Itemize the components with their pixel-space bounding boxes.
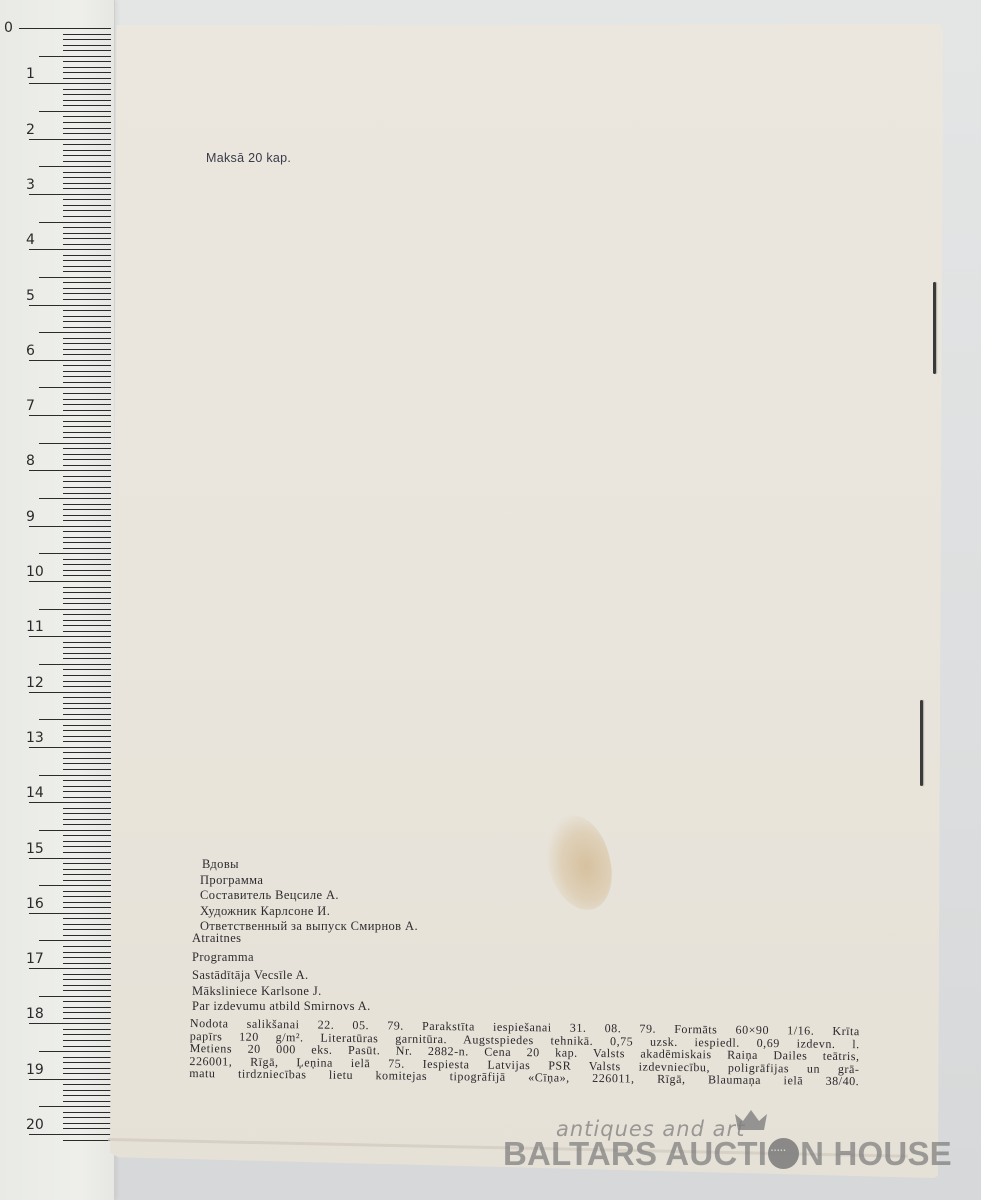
ruler-tick	[63, 432, 111, 433]
ruler-tick	[63, 946, 111, 947]
ruler-tick	[63, 841, 111, 842]
ruler-tick	[63, 1046, 111, 1047]
ruler-tick	[63, 592, 111, 593]
ruler-tick	[29, 802, 111, 803]
ruler-tick	[63, 575, 111, 576]
ruler-tick	[19, 28, 111, 29]
ruler-tick	[63, 210, 111, 211]
ruler-tick	[29, 692, 111, 693]
ruler-tick	[63, 293, 111, 294]
ruler-tick	[63, 736, 111, 737]
ruler-label: 3	[26, 178, 35, 192]
ruler-tick	[63, 990, 111, 991]
ruler-tick	[63, 1068, 111, 1069]
ruler-tick	[63, 703, 111, 704]
ruler-tick	[63, 365, 111, 366]
ruler-tick	[63, 78, 111, 79]
ruler-tick	[63, 587, 111, 588]
ruler-tick	[63, 935, 111, 936]
ruler-tick	[29, 858, 111, 859]
ruler-tick	[63, 1117, 111, 1118]
ruler-tick	[29, 747, 111, 748]
ruler-tick	[63, 260, 111, 261]
ruler-tick	[63, 758, 111, 759]
ruler-tick	[63, 1112, 111, 1113]
ruler-tick	[63, 61, 111, 62]
ruler-tick	[63, 813, 111, 814]
ruler-tick	[63, 205, 111, 206]
ruler-tick	[63, 299, 111, 300]
ruler-tick	[63, 835, 111, 836]
ruler-tick	[63, 1057, 111, 1058]
ruler-tick	[63, 316, 111, 317]
ruler-tick	[63, 105, 111, 106]
ruler-tick	[63, 741, 111, 742]
ruler-tick	[63, 371, 111, 372]
ruler-label: 19	[26, 1063, 44, 1077]
ruler-tick	[63, 786, 111, 787]
ruler-label: 16	[26, 897, 44, 911]
ruler-tick	[39, 111, 111, 112]
ruler-tick	[63, 382, 111, 383]
ruler-tick	[63, 697, 111, 698]
ruler-tick	[63, 410, 111, 411]
ruler-tick	[63, 459, 111, 460]
ruler-tick	[63, 255, 111, 256]
ruler-tick	[29, 360, 111, 361]
watermark-brand-part2: N HOUSE	[800, 1135, 952, 1172]
measuring-ruler: 01234567891011121314151617181920	[0, 0, 115, 1200]
ruler-tick	[63, 952, 111, 953]
ruler-tick	[63, 537, 111, 538]
ruler-tick	[63, 354, 111, 355]
ruler-tick	[39, 885, 111, 886]
ruler-tick	[29, 470, 111, 471]
ruler-tick	[39, 775, 111, 776]
ruler-tick	[63, 675, 111, 676]
ruler-tick	[39, 498, 111, 499]
ruler-tick	[63, 531, 111, 532]
lv-subtitle: Programma	[192, 950, 371, 966]
imprint-block: Nodota salikšanai 22. 05. 79. Parakstīta…	[189, 1017, 860, 1088]
ruler-tick	[63, 216, 111, 217]
ruler-tick	[63, 454, 111, 455]
ruler-tick	[63, 487, 111, 488]
ruler-tick	[39, 387, 111, 388]
ruler-tick	[63, 769, 111, 770]
price-stamp: Maksā 20 kap.	[206, 151, 291, 165]
ruler-label: 11	[26, 620, 44, 634]
ruler-tick	[63, 177, 111, 178]
ruler-tick	[63, 642, 111, 643]
staple-bottom-icon	[920, 700, 923, 786]
ruler-tick	[63, 100, 111, 101]
ruler-label: 10	[26, 565, 44, 579]
auction-logo-icon	[768, 1138, 799, 1169]
ruler-tick	[63, 67, 111, 68]
ruler-tick	[63, 72, 111, 73]
ru-subtitle: Программа	[200, 873, 418, 889]
ruler-label: 12	[26, 676, 44, 690]
ruler-tick	[63, 763, 111, 764]
ruler-tick	[63, 282, 111, 283]
ruler-tick	[63, 321, 111, 322]
ruler-tick	[63, 1007, 111, 1008]
ruler-tick	[63, 979, 111, 980]
ruler-tick	[63, 144, 111, 145]
ruler-tick	[63, 797, 111, 798]
ruler-tick	[29, 415, 111, 416]
ruler-tick	[39, 277, 111, 278]
ruler-tick	[29, 1079, 111, 1080]
ruler-tick	[39, 443, 111, 444]
ruler-tick	[63, 896, 111, 897]
ruler-tick	[63, 188, 111, 189]
ruler-tick	[63, 620, 111, 621]
ruler-tick	[63, 1001, 111, 1002]
ruler-tick	[63, 128, 111, 129]
ruler-tick	[63, 907, 111, 908]
ruler-tick	[63, 1101, 111, 1102]
watermark-brand-part1: BALTARS AUCTI	[503, 1135, 767, 1172]
ruler-tick	[29, 305, 111, 306]
ruler-tick	[63, 421, 111, 422]
ruler-label: 13	[26, 731, 44, 745]
ruler-tick	[63, 957, 111, 958]
ruler-tick	[63, 288, 111, 289]
ruler-tick	[63, 343, 111, 344]
latvian-credits: Atraitnes Programma Sastādītāja Vecsīle …	[192, 931, 371, 1015]
ruler-tick	[39, 664, 111, 665]
ru-title: Вдовы	[200, 857, 418, 873]
ruler-tick	[63, 625, 111, 626]
ruler-tick	[63, 647, 111, 648]
ruler-label: 9	[26, 510, 35, 524]
ruler-tick	[63, 880, 111, 881]
ruler-tick	[63, 1090, 111, 1091]
ruler-tick	[63, 791, 111, 792]
ruler-tick	[29, 194, 111, 195]
ruler-tick	[63, 338, 111, 339]
ruler-tick	[63, 681, 111, 682]
ruler-tick	[63, 509, 111, 510]
ruler-tick	[63, 603, 111, 604]
ruler-tick	[63, 1012, 111, 1013]
ruler-tick	[63, 1034, 111, 1035]
russian-credits: Вдовы Программа Составитель Вецсиле А. Х…	[200, 857, 418, 935]
ruler-tick	[63, 559, 111, 560]
ruler-tick	[29, 1023, 111, 1024]
ruler-tick	[63, 1040, 111, 1041]
ruler-tick	[63, 238, 111, 239]
ruler-tick	[63, 1095, 111, 1096]
ruler-tick	[63, 122, 111, 123]
ruler-tick	[63, 658, 111, 659]
ruler-tick	[63, 714, 111, 715]
ruler-tick	[63, 1073, 111, 1074]
ruler-tick	[63, 515, 111, 516]
ruler-tick	[63, 493, 111, 494]
ruler-tick	[63, 481, 111, 482]
ruler-tick	[39, 1106, 111, 1107]
ruler-tick	[29, 526, 111, 527]
ruler-tick	[63, 752, 111, 753]
ruler-tick	[39, 940, 111, 941]
ruler-tick	[63, 974, 111, 975]
ruler-tick	[63, 45, 111, 46]
ruler-tick	[39, 166, 111, 167]
ruler-tick	[63, 310, 111, 311]
lv-compiler: Sastādītāja Vecsīle A.	[192, 968, 371, 984]
staple-top-icon	[933, 282, 936, 374]
ruler-tick	[39, 830, 111, 831]
ruler-tick	[63, 614, 111, 615]
ruler-label: 6	[26, 344, 35, 358]
ruler-label: 7	[26, 399, 35, 413]
ruler-tick	[63, 924, 111, 925]
ruler-tick	[63, 504, 111, 505]
ruler-tick	[39, 609, 111, 610]
ruler-tick	[63, 918, 111, 919]
ruler-label: 15	[26, 842, 44, 856]
ruler-tick	[63, 819, 111, 820]
ruler-tick	[63, 824, 111, 825]
ruler-tick	[63, 902, 111, 903]
ruler-label: 0	[4, 21, 13, 35]
ruler-tick	[63, 34, 111, 35]
ruler-tick	[63, 116, 111, 117]
ruler-tick	[63, 1062, 111, 1063]
ruler-label: 1	[26, 67, 35, 81]
ruler-tick	[39, 332, 111, 333]
ruler-tick	[63, 542, 111, 543]
ruler-tick	[63, 1018, 111, 1019]
ruler-label: 8	[26, 454, 35, 468]
ruler-tick	[29, 913, 111, 914]
ruler-tick	[63, 653, 111, 654]
ruler-tick	[63, 39, 111, 40]
ruler-tick	[63, 50, 111, 51]
ruler-tick	[63, 271, 111, 272]
ruler-label: 14	[26, 786, 44, 800]
ruler-tick	[63, 448, 111, 449]
ruler-tick	[63, 1084, 111, 1085]
ruler-tick	[39, 1051, 111, 1052]
ruler-tick	[63, 89, 111, 90]
ruler-tick	[63, 548, 111, 549]
ruler-tick	[63, 963, 111, 964]
ruler-tick	[63, 465, 111, 466]
ruler-tick	[63, 327, 111, 328]
ruler-tick	[63, 244, 111, 245]
ruler-label: 5	[26, 289, 35, 303]
ruler-tick	[63, 476, 111, 477]
ruler-tick	[63, 94, 111, 95]
ruler-label: 2	[26, 123, 35, 137]
ruler-tick	[63, 1123, 111, 1124]
ruler-tick	[63, 780, 111, 781]
lv-title: Atraitnes	[192, 931, 371, 947]
ruler-tick	[63, 631, 111, 632]
ruler-tick	[63, 808, 111, 809]
ruler-tick	[39, 719, 111, 720]
ruler-tick	[63, 376, 111, 377]
ruler-tick	[63, 564, 111, 565]
ruler-tick	[63, 172, 111, 173]
ruler-label: 4	[26, 233, 35, 247]
ruler-tick	[29, 968, 111, 969]
ruler-tick	[63, 570, 111, 571]
ruler-tick	[63, 520, 111, 521]
ruler-tick	[63, 891, 111, 892]
ruler-tick	[63, 863, 111, 864]
ruler-label: 18	[26, 1007, 44, 1021]
lv-responsible: Par izdevumu atbild Smirnovs A.	[192, 999, 371, 1015]
ruler-tick	[63, 437, 111, 438]
ruler-tick	[29, 636, 111, 637]
ruler-tick	[63, 730, 111, 731]
ruler-tick	[63, 266, 111, 267]
ruler-tick	[39, 553, 111, 554]
ru-artist: Художник Карлсоне И.	[200, 904, 418, 920]
ruler-tick	[39, 222, 111, 223]
lv-artist: Māksliniece Karlsone J.	[192, 984, 371, 1000]
ruler-tick	[63, 1029, 111, 1030]
ruler-tick	[63, 150, 111, 151]
ruler-tick	[63, 869, 111, 870]
ruler-tick	[63, 846, 111, 847]
ruler-label: 20	[26, 1118, 44, 1132]
ruler-tick	[63, 852, 111, 853]
ruler-tick	[63, 426, 111, 427]
ruler-tick	[63, 1140, 111, 1141]
ruler-tick	[63, 227, 111, 228]
ruler-tick	[63, 133, 111, 134]
ruler-tick	[63, 183, 111, 184]
ruler-tick	[29, 83, 111, 84]
ruler-tick	[29, 1134, 111, 1135]
ruler-tick	[63, 708, 111, 709]
ruler-tick	[63, 349, 111, 350]
ruler-tick	[63, 199, 111, 200]
ruler-tick	[29, 581, 111, 582]
ruler-tick	[29, 139, 111, 140]
ruler-tick	[63, 686, 111, 687]
ruler-tick	[63, 725, 111, 726]
ruler-label: 17	[26, 952, 44, 966]
watermark-brand: BALTARS AUCTIN HOUSE	[503, 1135, 952, 1173]
ruler-tick	[63, 161, 111, 162]
ruler-tick	[39, 996, 111, 997]
ruler-tick	[63, 399, 111, 400]
ruler-tick	[63, 1128, 111, 1129]
ruler-tick	[63, 874, 111, 875]
ruler-tick	[63, 985, 111, 986]
ruler-tick	[63, 598, 111, 599]
ruler-tick	[39, 56, 111, 57]
ruler-tick	[29, 249, 111, 250]
ruler-tick	[63, 404, 111, 405]
ruler-tick	[63, 155, 111, 156]
ruler-tick	[63, 669, 111, 670]
ruler-tick	[63, 233, 111, 234]
ru-compiler: Составитель Вецсиле А.	[200, 888, 418, 904]
ruler-tick	[63, 393, 111, 394]
ruler-tick	[63, 929, 111, 930]
